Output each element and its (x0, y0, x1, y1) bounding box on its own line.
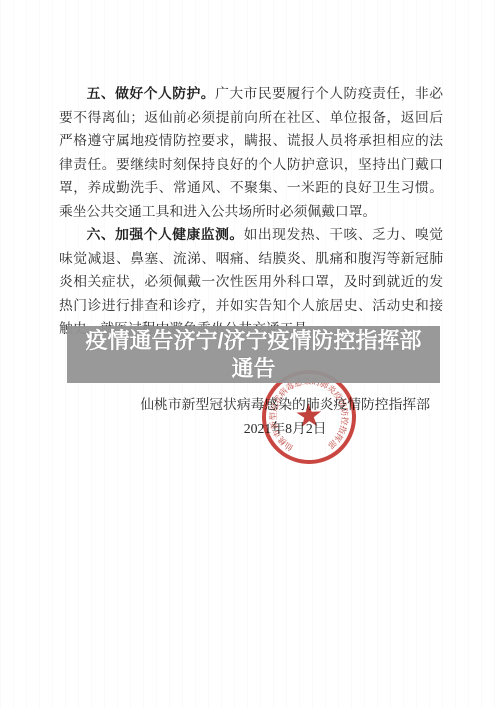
paragraph: 六、加强个人健康监测。如出现发热、干咳、乏力、嗅觉味觉减退、鼻塞、流涕、咽痛、结… (59, 223, 443, 341)
paragraph: 五、做好个人防护。广大市民要履行个人防疫责任，非必要不得离仙；返仙前必须提前向所… (59, 82, 443, 223)
paragraph-heading-run: 六、加强个人健康监测。 (87, 227, 244, 242)
notice-body: 五、做好个人防护。广大市民要履行个人防疫责任，非必要不得离仙；返仙前必须提前向所… (59, 82, 443, 442)
banner-title-line-2: 通告 (67, 355, 440, 383)
paragraph-text-run: 广大市民要履行个人防疫责任，非必要不得离仙；返仙前必须提前向所在社区、单位报备，… (59, 86, 443, 219)
banner-title-line-1: 疫情通告济宁/济宁疫情防控指挥部 (67, 327, 440, 355)
star-icon (296, 402, 322, 427)
notice-paragraphs: 五、做好个人防护。广大市民要履行个人防疫责任，非必要不得离仙；返仙前必须提前向所… (59, 82, 443, 341)
paragraph-heading-run: 五、做好个人防护。 (87, 86, 215, 101)
paragraph-text-run: 如出现发热、干咳、乏力、嗅觉味觉减退、鼻塞、流涕、咽痛、结膜炎、肌痛和腹泻等新冠… (59, 227, 443, 336)
caption-banner-overlay: 疫情通告济宁/济宁疫情防控指挥部 通告 (67, 326, 440, 383)
